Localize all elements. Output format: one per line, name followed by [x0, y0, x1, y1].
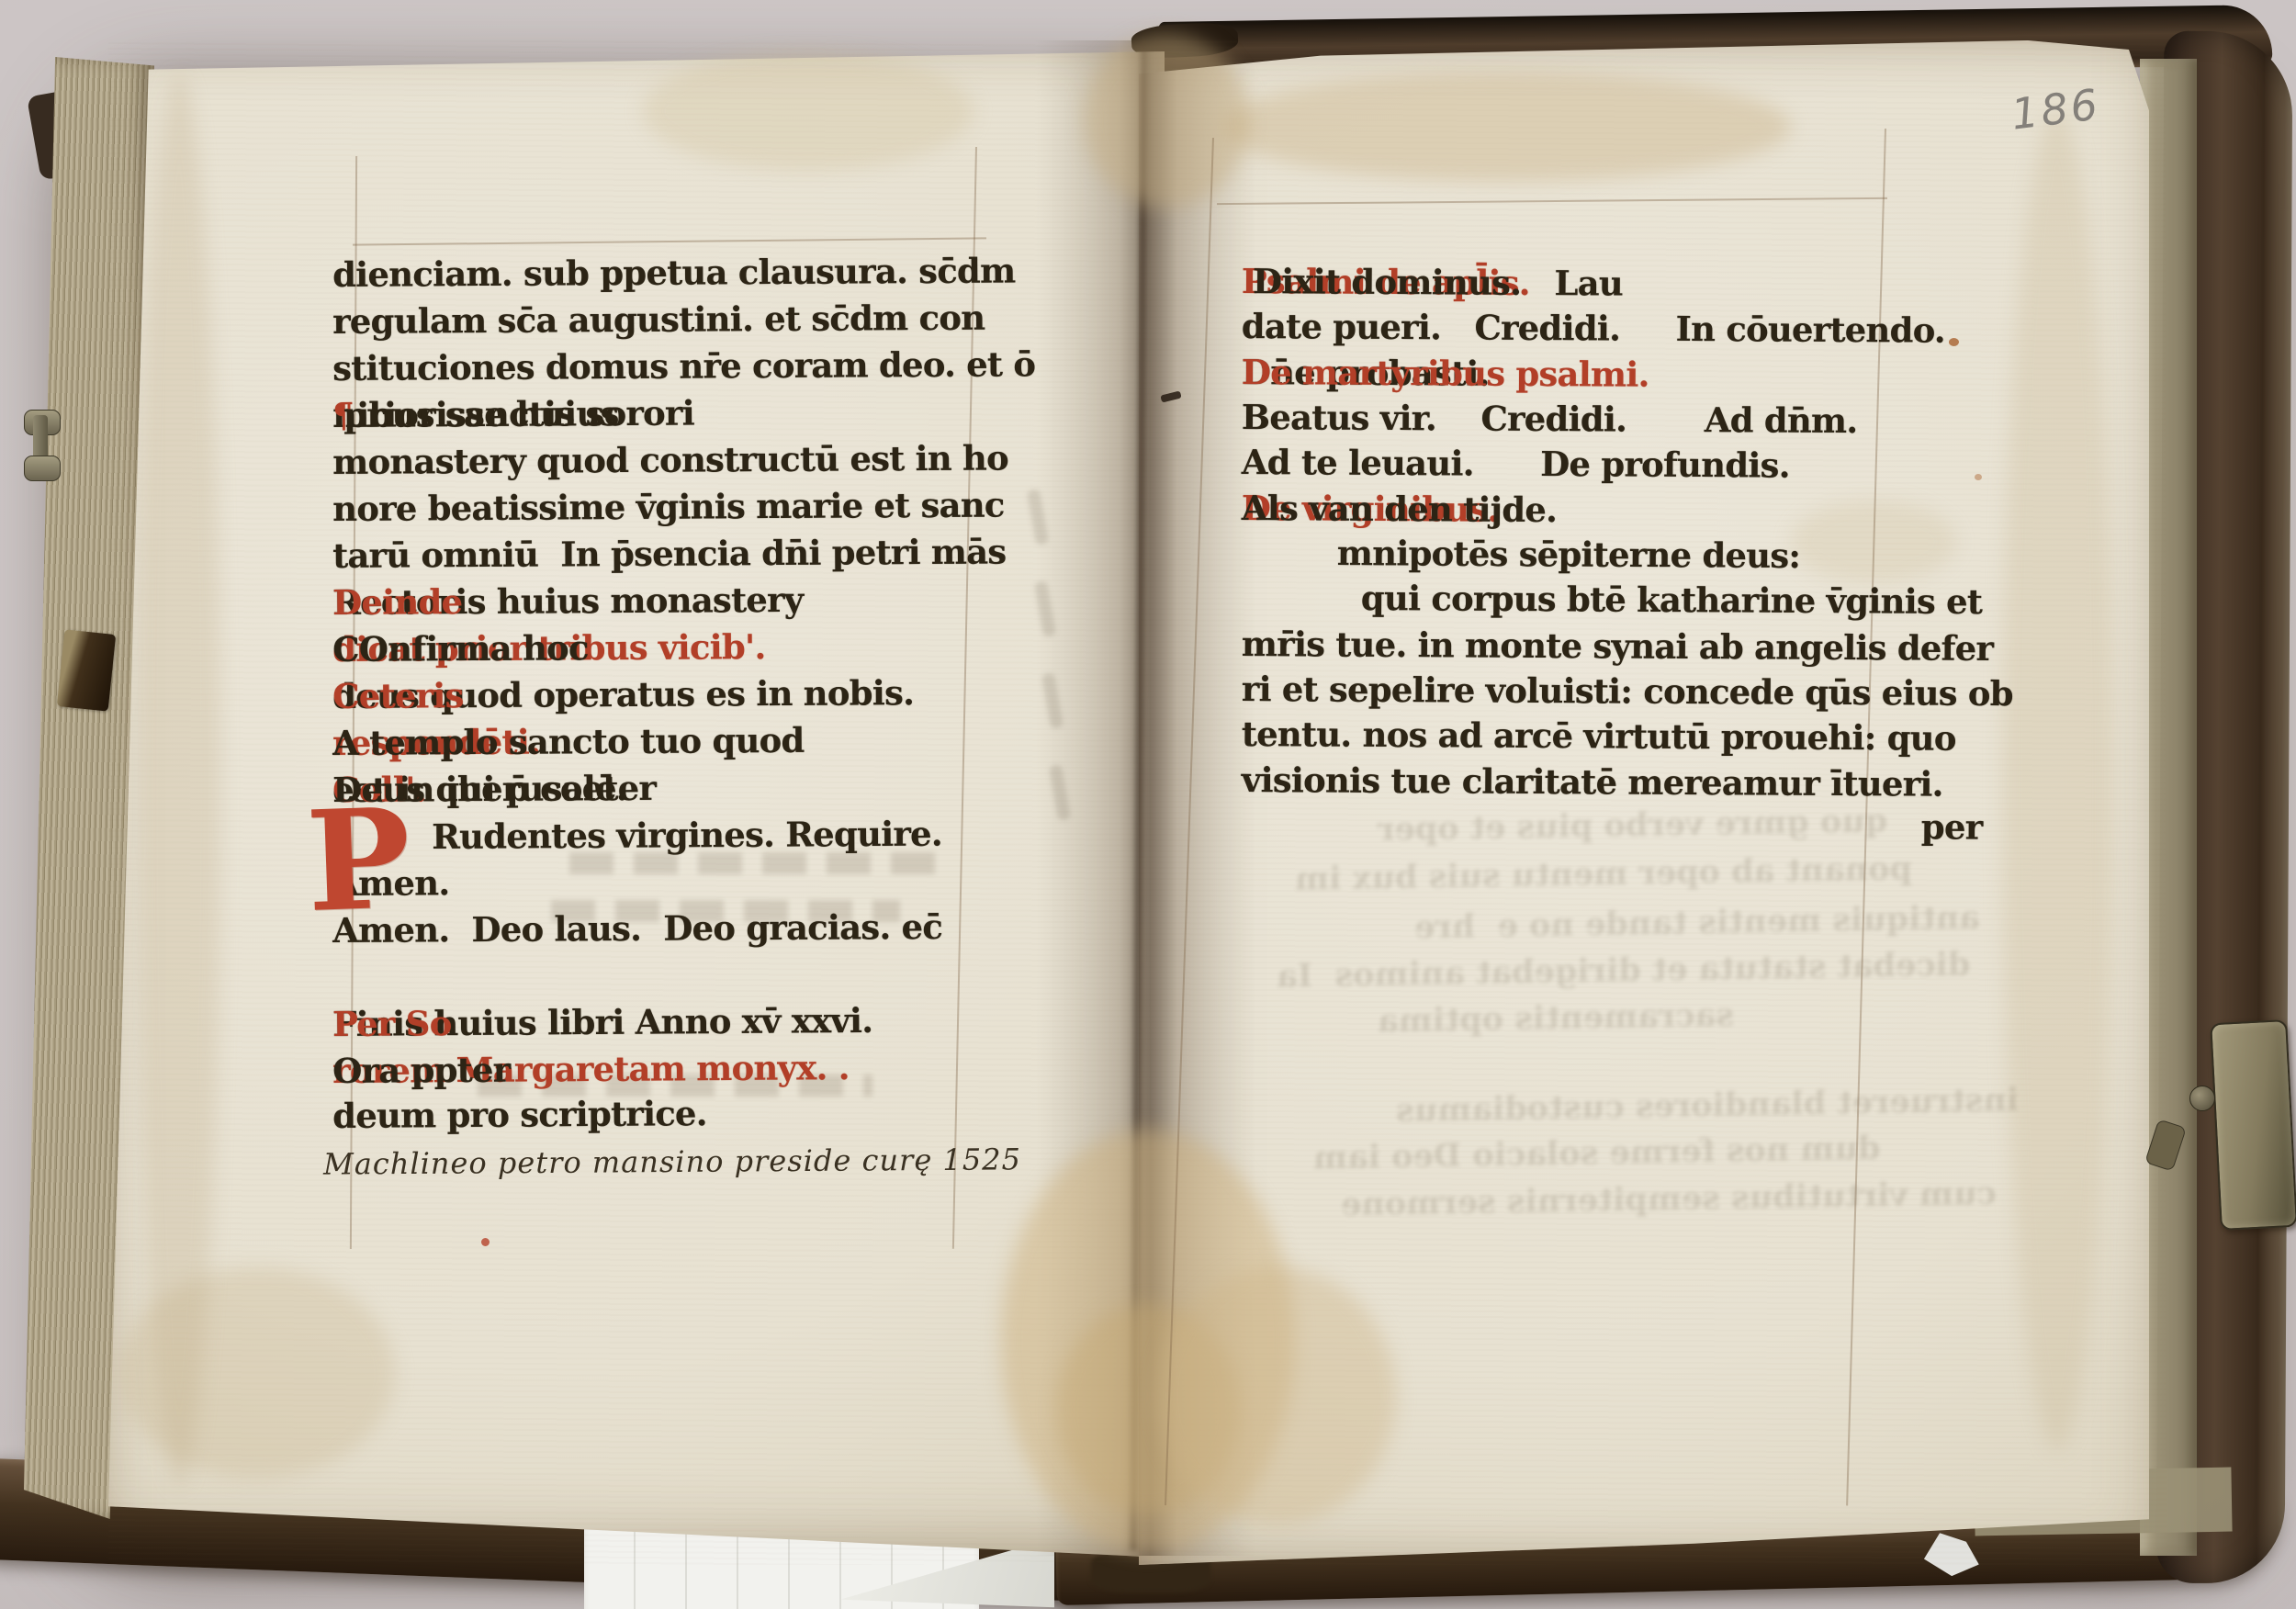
text-segment: Ora ppter — [332, 1049, 511, 1092]
paper-strip-fold — [834, 1530, 1054, 1609]
left-page — [108, 51, 1165, 1558]
text-segment: priorisse huius — [332, 392, 619, 436]
text-segment: deus quod operatus es in nobis. — [332, 671, 925, 717]
text-segment: ri et sepelire voluisti: concede qūs ei… — [1242, 668, 2013, 714]
showthrough-line: dum nos ferme solacio Deo iam — [1313, 1130, 1881, 1177]
text-segment: Dn̄e probasti. — [1242, 351, 1523, 395]
text-segment: dicat prior tribus vicib'. — [332, 625, 777, 670]
text-segment: COnfirma hoc — [332, 626, 589, 670]
illuminated-initial: P — [304, 790, 412, 931]
showthrough-line: quo gmre verbo pius et oper — [1378, 802, 1888, 849]
showthrough-marks — [569, 852, 955, 874]
showthrough-marks — [1041, 672, 1064, 729]
clasp-plate — [2210, 1019, 2296, 1231]
gutter-shadow — [1036, 40, 1256, 1556]
showthrough-marks — [1049, 764, 1071, 821]
cover-turn-in — [2140, 59, 2197, 1556]
book-cover-top-edge — [1158, 5, 2272, 83]
clasp-pin — [24, 410, 61, 435]
margin-rule — [350, 156, 357, 1249]
text-segment: De martyribus psalmi. — [1242, 351, 1649, 396]
book-cover-corner — [27, 77, 157, 181]
book-cover-right-edge — [2156, 31, 2293, 1584]
showthrough-marks — [478, 1075, 872, 1097]
paper-scrap — [1922, 1531, 1984, 1581]
book-shadow — [64, 83, 2250, 1570]
showthrough-marks — [1034, 580, 1056, 637]
page-block-fore-edge — [24, 57, 154, 1519]
bookmark-tab — [57, 629, 116, 711]
water-stain — [138, 73, 220, 1488]
text-segment: mnipotēs sēpiterne deus: — [1337, 532, 1801, 577]
water-stain — [1221, 72, 1791, 182]
text-segment: Amen. — [332, 861, 449, 905]
clasp-hook — [2144, 1119, 2187, 1171]
text-segment: per — [1921, 805, 1983, 848]
ink-dash — [1160, 390, 1181, 402]
margin-rule — [353, 237, 986, 245]
water-stain — [2002, 110, 2112, 1451]
text-segment: Per So — [332, 1002, 452, 1045]
photo-vignette — [0, 0, 2296, 1609]
text-segment: Psalmi de apl̄is. — [1242, 260, 1541, 304]
water-stain — [1084, 33, 1249, 208]
showthrough-marks — [551, 900, 900, 922]
rust-speck — [1949, 338, 1959, 346]
text-segment: deum pro scriptrice. — [332, 1092, 707, 1137]
text-segment: visionis tue claritatē mereamur ītueri. — [1242, 759, 1943, 805]
book-cover-bottom-edge — [1055, 1501, 2279, 1605]
water-stain — [1001, 1130, 1295, 1552]
showthrough-line: cum virtutibus sempiternis sermone — [1341, 1175, 1997, 1223]
water-stain — [1791, 501, 1956, 583]
margin-rule — [1165, 138, 1214, 1505]
text-segment: Ceteris — [332, 674, 464, 717]
tailband — [1091, 1550, 1210, 1592]
text-segment: De virginibus. — [1242, 487, 1510, 531]
text-segment: respondēti. — [332, 721, 551, 764]
water-stain — [119, 1267, 395, 1479]
left-page-colophon: Finis huius libri Anno xv̄ xxvi. Per Sor… — [0, 0, 2296, 1609]
showthrough-line: sacramentis optima — [1378, 996, 1735, 1041]
text-segment: dienciam. sub ppetua clausura. sc̄dm — [332, 249, 1016, 296]
text-segment: monastery quod constructū est in ho — [332, 437, 1008, 483]
water-stain — [643, 51, 974, 171]
text-segment: A templo sancto tuo quod — [332, 719, 805, 764]
text-segment: tentu. nos ad arcē virtutū prouehi: qu… — [1242, 713, 1956, 759]
text-segment: Coll'. — [332, 768, 437, 811]
headband — [1131, 21, 1239, 60]
text-segment: Finis huius libri Anno xv̄ xxvi. — [332, 999, 884, 1045]
text-segment: Rudentes virgines. Require. — [432, 813, 942, 858]
text-segment: rorem Margaretam monyx. . — [332, 1046, 861, 1092]
text-segment: nore beatissime v̄ginis marie et sanc — [332, 484, 1005, 530]
showthrough-line: instrueret blandiores custodiamus — [1396, 1081, 2020, 1130]
clasp-pin — [24, 456, 61, 481]
cover-turn-in-corner — [1974, 1468, 2232, 1536]
red-speck — [481, 1238, 490, 1246]
text-segment: est in iherusalē. — [332, 767, 638, 811]
text-segment: qui corpus btē katharine v̄ginis et — [1361, 577, 1983, 623]
showthrough-text: quo gmre verbo pius et operponant ab ope… — [0, 0, 2296, 1609]
margin-rule — [1846, 129, 1886, 1505]
text-segment: Beatus vir. Credidi. Ad dn̄m. — [1242, 396, 1858, 442]
folio-number: 186 — [2009, 79, 2103, 139]
margin-rule — [1217, 197, 1887, 205]
paper-strip — [584, 1495, 979, 1609]
scribal-note: Machlineo petro mansino preside curę 152… — [323, 1138, 1021, 1185]
showthrough-line: antiquis mentis tande no e hre — [1414, 899, 1980, 947]
clasp-pin-stem — [33, 415, 48, 476]
showthrough-line: ponant ab oper mentu suis bux im — [1295, 850, 1913, 898]
text-segment: stituciones domus nr̄e coram deo. et ō — [332, 343, 1035, 389]
text-segment: nibus sanctis sorori — [332, 392, 705, 436]
text-segment: Dixit dominus. Lau — [1242, 260, 1623, 305]
paper-texture — [108, 40, 2167, 1565]
right-page — [1139, 40, 2149, 1565]
text-segment: Als van den tijde. — [1242, 487, 1558, 531]
text-segment: Rectoris huius monastery — [332, 579, 815, 624]
book-cover-bottom-edge — [0, 1458, 1110, 1603]
showthrough-marks — [1027, 489, 1049, 546]
gutter-crease — [1130, 44, 1147, 1550]
right-page-text: Psalmi de apl̄is. Dixit dominus. Laudate… — [0, 0, 2296, 1609]
clasp-rivet — [2189, 1086, 2215, 1111]
text-segment: tarū omniū In p̄sencia dn̄i petri mās — [332, 531, 1007, 577]
water-stain — [1157, 1267, 1396, 1525]
margin-rule — [952, 147, 977, 1249]
text-segment: Amen. Deo laus. Deo gracias. ec̄ — [332, 906, 942, 951]
rust-speck — [1975, 474, 1982, 480]
text-segment: date pueri. Credidi. In cōuertendo. — [1242, 305, 1945, 352]
left-page-text: dienciam. sub ppetua clausura. sc̄dmregu… — [0, 0, 2296, 1609]
text-segment: Deus qui p̄ coeter — [332, 767, 656, 811]
text-segment: Deinde — [332, 580, 462, 624]
water-stain — [1056, 1304, 1240, 1515]
text-segment: regulam sc̄a augustini. et sc̄dm con — [332, 297, 985, 343]
text-segment: mr̄is tue. in monte synai ab angelis def… — [1242, 623, 1994, 669]
manuscript-spread-photo: dienciam. sub ppetua clausura. sc̄dmregu… — [0, 0, 2296, 1609]
text-segment: Ad te leuaui. De profundis. — [1242, 441, 1790, 487]
text-line: per — [1242, 802, 1921, 806]
text-segment: ¶ — [332, 394, 354, 436]
showthrough-line: dicebat statuta et dirigebat animos Ia — [1277, 945, 1971, 995]
